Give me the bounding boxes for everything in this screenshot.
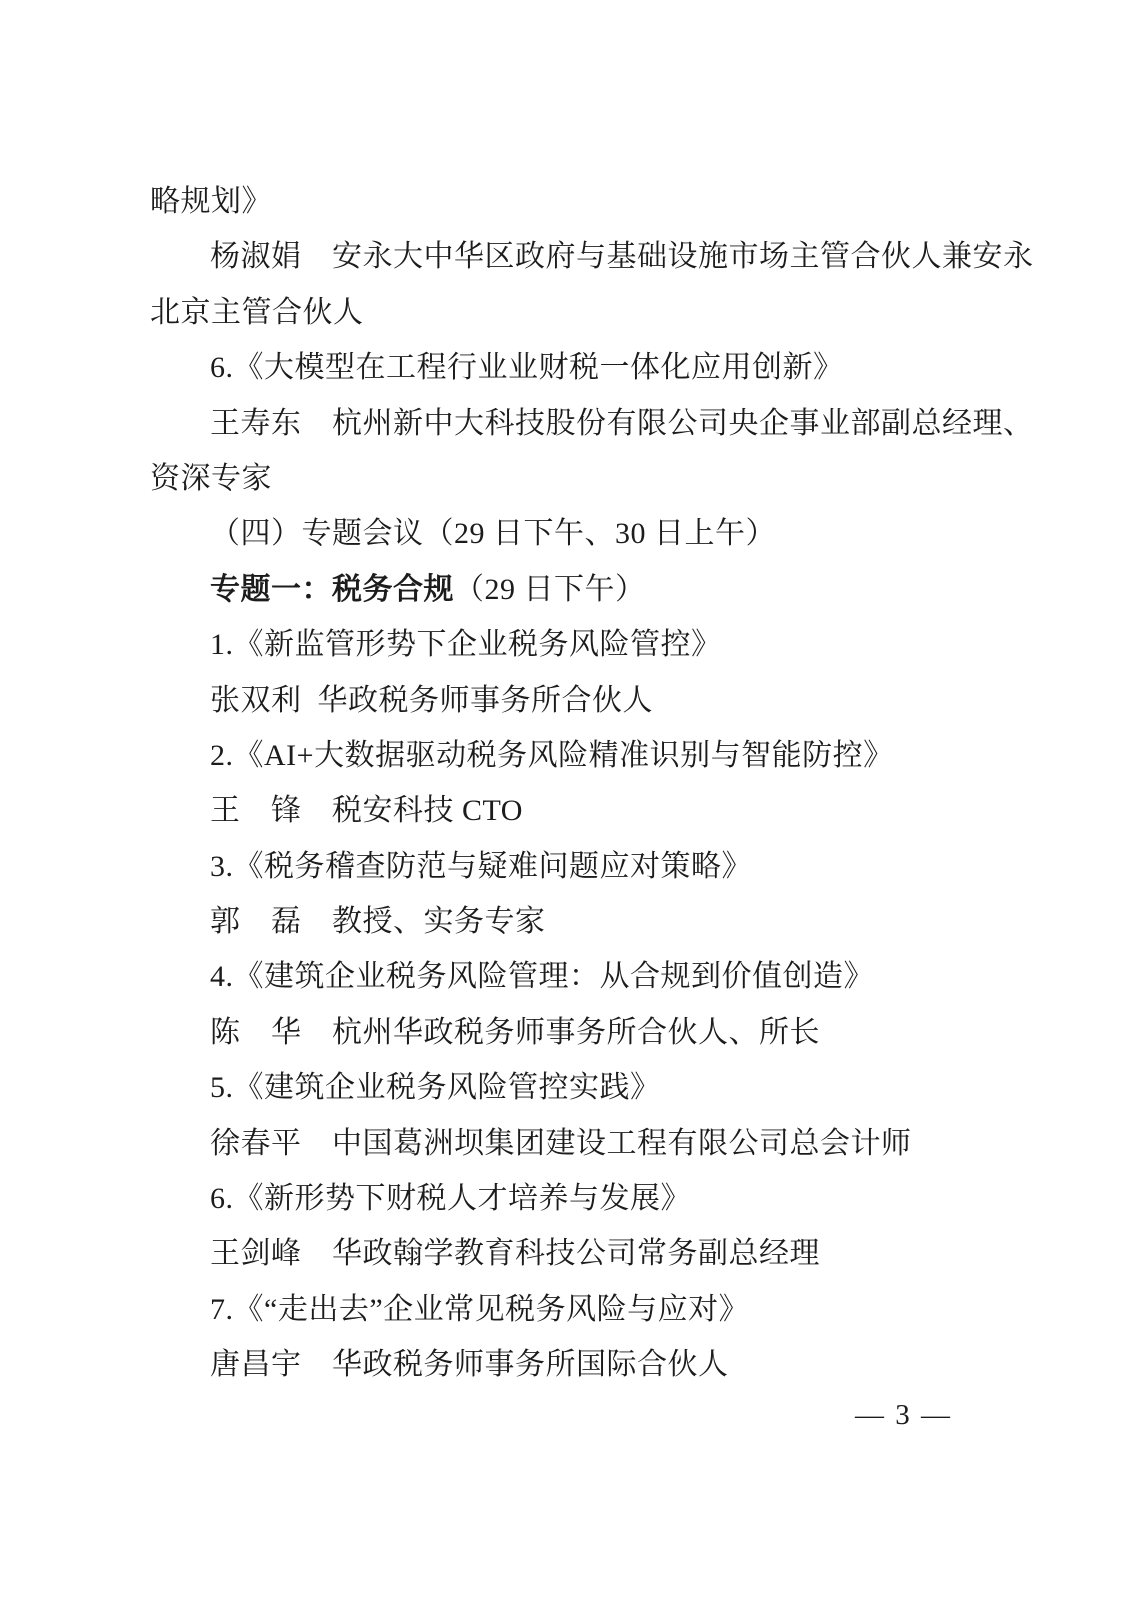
line-text: 3.《税务稽查防范与疑难问题应对策略》 (210, 850, 752, 883)
line-text: 2.《AI+大数据驱动税务风险精准识别与智能防控》 (210, 739, 894, 772)
line-text: 徐春平 中国葛洲坝集团建设工程有限公司总会计师 (210, 1127, 912, 1160)
line-text: 资深专家 (150, 462, 272, 495)
line-text: 6.《大模型在工程行业业财税一体化应用创新》 (210, 351, 844, 384)
line-text: （29 日下午） (454, 573, 646, 606)
continuation-line: 北京主管合伙人 (150, 285, 986, 340)
line-text: 1.《新监管形势下企业税务风险管控》 (210, 628, 722, 661)
line-text: 北京主管合伙人 (150, 296, 364, 329)
section-heading-line: （四）专题会议（29 日下午、30 日上午） (150, 506, 986, 561)
topic-line: 4.《建筑企业税务风险管理：从合规到价值创造》 (150, 949, 986, 1004)
line-text: 7.《“走出去”企业常见税务风险与应对》 (210, 1293, 749, 1326)
speaker-line: 张双利 华政税务师事务所合伙人 (150, 673, 986, 728)
speaker-line: 郭 磊 教授、实务专家 (150, 894, 986, 949)
line-text: 唐昌宇 华政税务师事务所国际合伙人 (210, 1348, 729, 1381)
line-text: 6.《新形势下财税人才培养与发展》 (210, 1182, 691, 1215)
line-text: （四）专题会议（29 日下午、30 日上午） (210, 517, 776, 550)
speaker-line: 杨淑娟 安永大中华区政府与基础设施市场主管合伙人兼安永 (150, 229, 986, 284)
line-text: 王 锋 税安科技 CTO (210, 794, 523, 827)
page-number: — 3 — (855, 1398, 952, 1432)
topic-line: 6.《新形势下财税人才培养与发展》 (150, 1171, 986, 1226)
topic-line: 7.《“走出去”企业常见税务风险与应对》 (150, 1282, 986, 1337)
line-text: 4.《建筑企业税务风险管理：从合规到价值创造》 (210, 960, 874, 993)
line-text: 王剑峰 华政翰学教育科技公司常务副总经理 (210, 1237, 820, 1270)
line-text: 张双利 华政税务师事务所合伙人 (210, 684, 653, 717)
speaker-line: 王寿东 杭州新中大科技股份有限公司央企事业部副总经理、 (150, 396, 986, 451)
line-text: 杨淑娟 安永大中华区政府与基础设施市场主管合伙人兼安永 (210, 240, 1034, 273)
subsection-heading-line: 专题一：税务合规（29 日下午） (150, 562, 986, 617)
heading-bold-text: 专题一：税务合规 (210, 573, 454, 606)
speaker-line: 唐昌宇 华政税务师事务所国际合伙人 (150, 1337, 986, 1392)
line-text: 王寿东 杭州新中大科技股份有限公司央企事业部副总经理、 (210, 407, 1034, 440)
speaker-line: 王 锋 税安科技 CTO (150, 783, 986, 838)
speaker-line: 王剑峰 华政翰学教育科技公司常务副总经理 (150, 1226, 986, 1281)
topic-line: 6.《大模型在工程行业业财税一体化应用创新》 (150, 340, 986, 395)
topic-line: 5.《建筑企业税务风险管控实践》 (150, 1060, 986, 1115)
topic-line: 2.《AI+大数据驱动税务风险精准识别与智能防控》 (150, 728, 986, 783)
line-text: 略规划》 (150, 185, 272, 218)
speaker-line: 徐春平 中国葛洲坝集团建设工程有限公司总会计师 (150, 1116, 986, 1171)
line-text: 陈 华 杭州华政税务师事务所合伙人、所长 (210, 1016, 820, 1049)
continuation-line: 略规划》 (150, 174, 986, 229)
continuation-line: 资深专家 (150, 451, 986, 506)
line-text: 5.《建筑企业税务风险管控实践》 (210, 1071, 661, 1104)
line-text: 郭 磊 教授、实务专家 (210, 905, 546, 938)
document-body: 略规划》 杨淑娟 安永大中华区政府与基础设施市场主管合伙人兼安永 北京主管合伙人… (150, 174, 986, 1393)
topic-line: 3.《税务稽查防范与疑难问题应对策略》 (150, 839, 986, 894)
speaker-line: 陈 华 杭州华政税务师事务所合伙人、所长 (150, 1005, 986, 1060)
document-page: 略规划》 杨淑娟 安永大中华区政府与基础设施市场主管合伙人兼安永 北京主管合伙人… (0, 0, 1131, 1600)
topic-line: 1.《新监管形势下企业税务风险管控》 (150, 617, 986, 672)
